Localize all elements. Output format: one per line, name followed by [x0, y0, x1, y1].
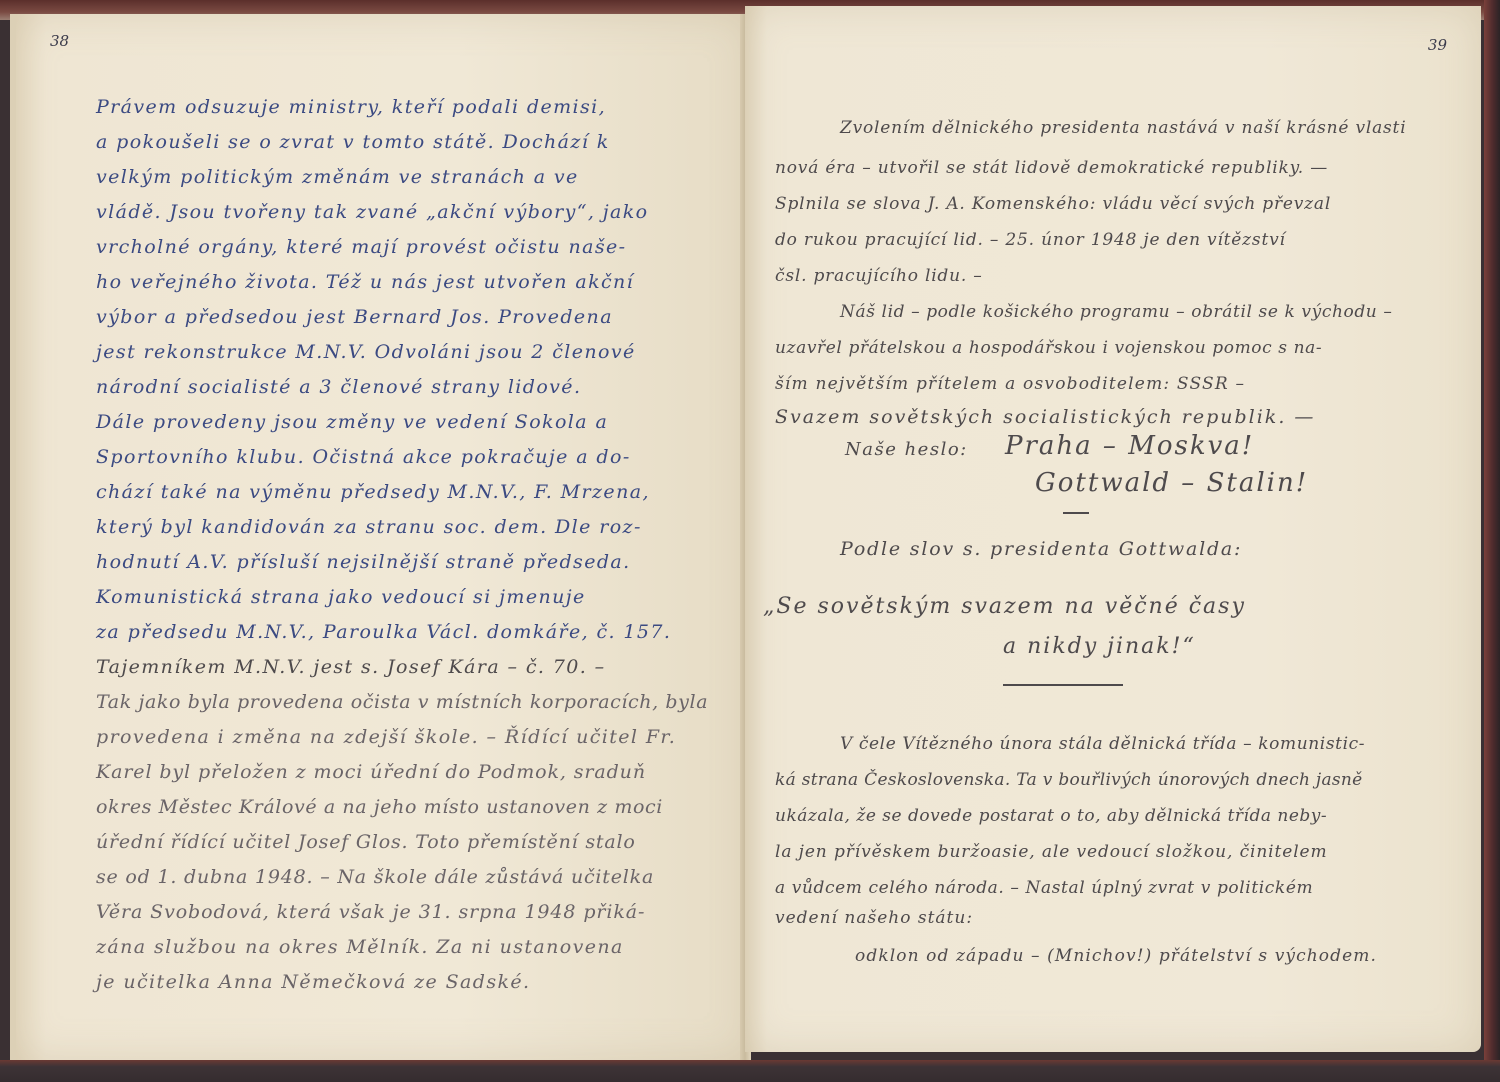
closing-line: odklon od západu – (Mnichov!) přátelství…	[855, 946, 1377, 966]
book-cover-right-edge	[1484, 0, 1500, 1082]
text-line: a pokoušeli se o zvrat v tomto státě. Do…	[96, 131, 610, 153]
text-line: Náš lid – podle košického programu – obr…	[840, 302, 1392, 322]
text-line: Karel byl přeložen z moci úřední do Podm…	[96, 761, 646, 783]
text-line: Tajemníkem M.N.V. jest s. Josef Kára – č…	[96, 656, 606, 678]
quote-line-2: a nikdy jinak!“	[1003, 634, 1196, 659]
text-line: který byl kandidován za stranu soc. dem.…	[96, 516, 642, 538]
text-line: úřední řídící učitel Josef Glos. Toto př…	[96, 831, 636, 853]
text-line: ká strana Československa. Ta v bouřlivýc…	[775, 770, 1363, 790]
text-line: Věra Svobodová, která však je 31. srpna …	[96, 901, 645, 923]
quote-line-1: „Se sovětským svazem na věčné časy	[763, 594, 1246, 619]
text-line: do rukou pracující lid. – 25. únor 1948 …	[775, 230, 1286, 250]
left-page: 38 Právem odsuzuje ministry, kteří podal…	[10, 14, 751, 1060]
text-line: ukázala, že se dovede postarat o to, aby…	[775, 806, 1327, 826]
text-line: výbor a předsedou jest Bernard Jos. Prov…	[96, 306, 613, 328]
text-line: Sportovního klubu. Očistná akce pokračuj…	[96, 446, 631, 468]
motto-line-2: Gottwald – Stalin!	[1035, 468, 1308, 498]
motto-line-1: Praha – Moskva!	[1005, 431, 1254, 461]
text-line: la jen přívěskem buržoasie, ale vedoucí …	[775, 842, 1328, 862]
text-line: okres Městec Králové a na jeho místo ust…	[96, 796, 663, 818]
text-line: jest rekonstrukce M.N.V. Odvoláni jsou 2…	[96, 341, 636, 363]
text-line: Splnila se slova J. A. Komenského: vládu…	[775, 194, 1331, 214]
text-line: se od 1. dubna 1948. – Na škole dále zůs…	[96, 866, 654, 888]
text-line: národní socialisté a 3 členové strany li…	[96, 376, 581, 398]
right-page: 39 Zvolením dělnického presidenta nastáv…	[745, 6, 1481, 1052]
text-line: provedena i změna na zdejší škole. – Říd…	[96, 726, 676, 748]
text-line: vládě. Jsou tvořeny tak zvané „akční výb…	[96, 201, 649, 223]
quote-intro: Podle slov s. presidenta Gottwalda:	[840, 538, 1242, 560]
text-line: je učitelka Anna Němečková ze Sadské.	[96, 971, 531, 993]
text-line: a vůdcem celého národa. – Nastal úplný z…	[775, 878, 1313, 898]
text-line: Tak jako byla provedena očista v místníc…	[96, 691, 708, 713]
page-number-left: 38	[50, 32, 69, 50]
divider-long	[1003, 684, 1123, 686]
divider-short	[1063, 512, 1089, 514]
motto-label: Naše heslo:	[845, 439, 968, 460]
text-line: vrcholné orgány, které mají provést očis…	[96, 236, 626, 258]
text-line: Zvolením dělnického presidenta nastává v…	[840, 118, 1406, 138]
text-line: zána službou na okres Mělník. Za ni usta…	[96, 936, 624, 958]
text-line: ším největším přítelem a osvoboditelem: …	[775, 374, 1245, 394]
text-line: vedení našeho státu:	[775, 908, 973, 928]
text-line: V čele Vítězného února stála dělnická tř…	[840, 734, 1365, 754]
text-line: Právem odsuzuje ministry, kteří podali d…	[96, 96, 606, 118]
book-cover-bottom-edge	[0, 1060, 1500, 1082]
text-line: Svazem sovětských socialistických republ…	[775, 406, 1315, 428]
text-line: hodnutí A.V. přísluší nejsilnější straně…	[96, 551, 631, 573]
text-line: za předsedu M.N.V., Paroulka Václ. domká…	[96, 621, 671, 643]
text-line: chází také na výměnu předsedy M.N.V., F.…	[96, 481, 650, 503]
text-line: uzavřel přátelskou a hospodářskou i voje…	[775, 338, 1322, 358]
text-line: velkým politickým změnám ve stranách a v…	[96, 166, 579, 188]
text-line: čsl. pracujícího lidu. –	[775, 266, 983, 286]
text-line: Komunistická strana jako vedoucí si jmen…	[96, 586, 586, 608]
page-number-right: 39	[1428, 36, 1447, 54]
text-line: nová éra – utvořil se stát lidově demokr…	[775, 158, 1328, 178]
text-line: Dále provedeny jsou změny ve vedení Soko…	[96, 411, 608, 433]
text-line: ho veřejného života. Též u nás jest utvo…	[96, 271, 634, 293]
